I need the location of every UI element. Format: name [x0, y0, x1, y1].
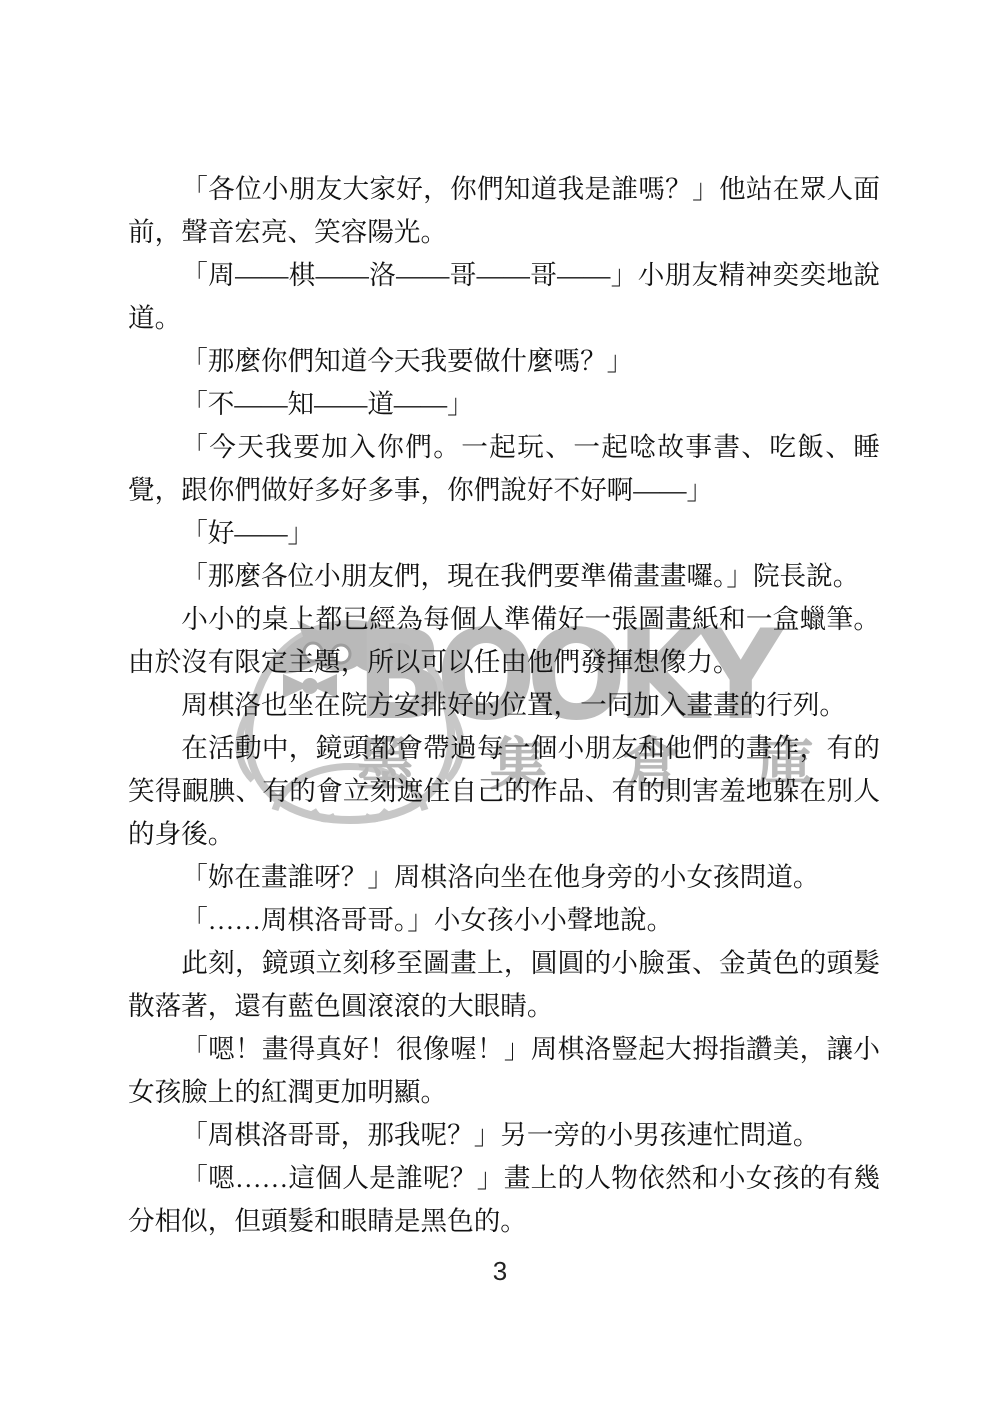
- paragraph: 「嗯……這個人是誰呢？」畫上的人物依然和小女孩的有幾分相似，但頭髮和眼睛是黑色的…: [128, 1157, 880, 1243]
- paragraph: 「不——知——道——」: [128, 383, 880, 426]
- paragraph: 周棋洛也坐在院方安排好的位置，一同加入畫畫的行列。: [128, 684, 880, 727]
- paragraph: 在活動中，鏡頭都會帶過每一個小朋友和他們的畫作，有的笑得靦腆、有的會立刻遮住自己…: [128, 727, 880, 856]
- paragraph: 「各位小朋友大家好，你們知道我是誰嗎？」他站在眾人面前，聲音宏亮、笑容陽光。: [128, 168, 880, 254]
- paragraph: 「今天我要加入你們。一起玩、一起唸故事書、吃飯、睡覺，跟你們做好多好多事，你們說…: [128, 426, 880, 512]
- paragraph: 「那麼各位小朋友們，現在我們要準備畫畫囉。」院長說。: [128, 555, 880, 598]
- document-page: BOOKY 墨 集 倉 庫 「各位小朋友大家好，你們知道我是誰嗎？」他站在眾人面…: [0, 0, 1000, 1419]
- paragraph: 「嗯！畫得真好！很像喔！」周棋洛豎起大拇指讚美，讓小女孩臉上的紅潤更加明顯。: [128, 1028, 880, 1114]
- paragraph: 「周——棋——洛——哥——哥——」小朋友精神奕奕地說道。: [128, 254, 880, 340]
- paragraph: 此刻，鏡頭立刻移至圖畫上，圓圓的小臉蛋、金黃色的頭髮散落著，還有藍色圓滾滾的大眼…: [128, 942, 880, 1028]
- page-text: 「各位小朋友大家好，你們知道我是誰嗎？」他站在眾人面前，聲音宏亮、笑容陽光。「周…: [128, 168, 880, 1243]
- page-number: 3: [0, 1256, 1000, 1287]
- paragraph: 「妳在畫誰呀？」周棋洛向坐在他身旁的小女孩問道。: [128, 856, 880, 899]
- paragraph: 小小的桌上都已經為每個人準備好一張圖畫紙和一盒蠟筆。由於沒有限定主題，所以可以任…: [128, 598, 880, 684]
- paragraph: 「那麼你們知道今天我要做什麼嗎？」: [128, 340, 880, 383]
- paragraph: 「好——」: [128, 512, 880, 555]
- paragraph: 「周棋洛哥哥，那我呢？」另一旁的小男孩連忙問道。: [128, 1114, 880, 1157]
- paragraph: 「……周棋洛哥哥。」小女孩小小聲地說。: [128, 899, 880, 942]
